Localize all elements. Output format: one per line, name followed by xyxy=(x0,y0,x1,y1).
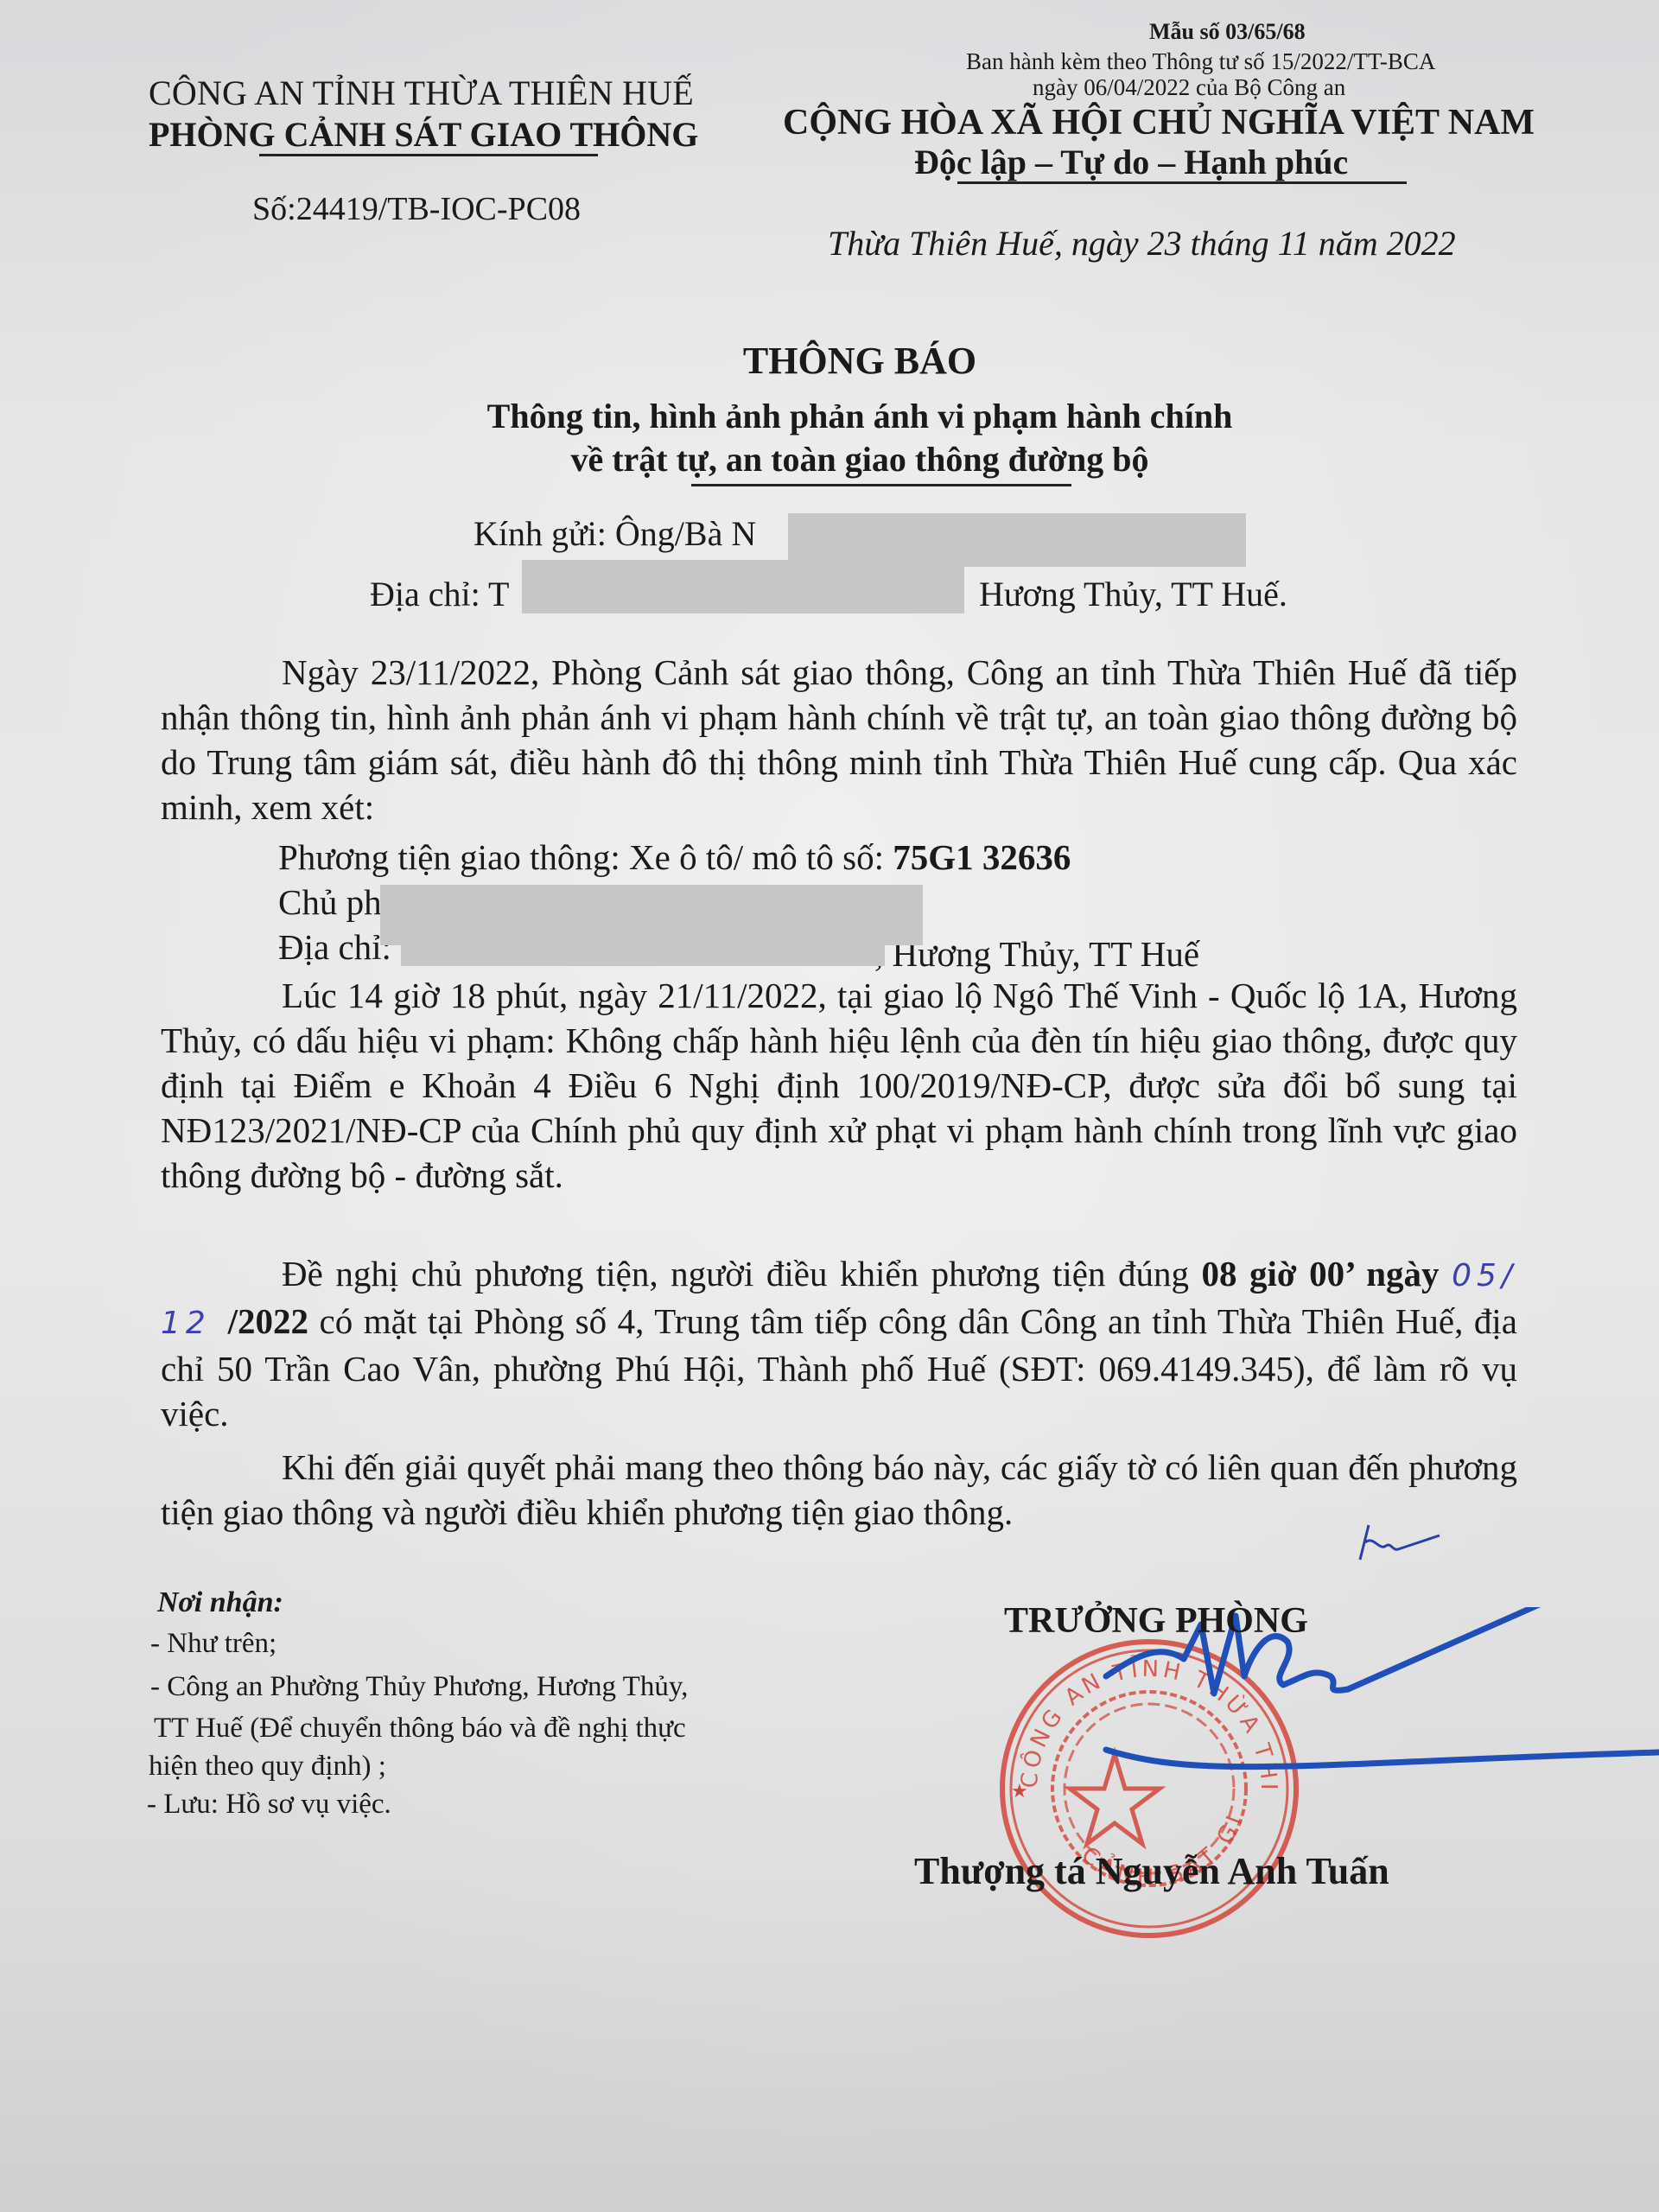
notice-subtitle-1: Thông tin, hình ảnh phản ánh vi phạm hàn… xyxy=(0,396,1659,436)
signature-icon xyxy=(1097,1607,1659,1849)
paragraph-received: Ngày 23/11/2022, Phòng Cảnh sát giao thô… xyxy=(161,650,1517,829)
owner-address-label: Địa chỉ: xyxy=(278,926,391,968)
owner-address-tail: , Hương Thủy, TT Huế xyxy=(874,933,1199,975)
handwritten-initial-icon xyxy=(1353,1516,1457,1568)
svg-text:★: ★ xyxy=(1011,1780,1028,1802)
subtitle-underline xyxy=(691,484,1071,486)
recipients-title: Nơi nhận: xyxy=(157,1586,283,1619)
national-motto: Độc lập – Tự do – Hạnh phúc xyxy=(914,142,1348,182)
signer-title: TRƯỞNG PHÒNG xyxy=(1004,1600,1308,1642)
notice-title: THÔNG BÁO xyxy=(0,339,1659,383)
vehicle-label: Phương tiện giao thông: Xe ô tô/ mô tô s… xyxy=(278,837,893,877)
recipient-item: TT Huế (Để chuyển thông báo và đề nghị t… xyxy=(154,1713,686,1745)
motto-underline xyxy=(957,181,1407,184)
addressee-address-tail: Hương Thủy, TT Huế. xyxy=(979,574,1287,614)
summons-start: Đề nghị chủ phương tiện, người điều khiể… xyxy=(282,1254,1202,1294)
redaction-box xyxy=(788,513,1246,567)
document-page: CÔNG AN TỈNH THỪA THIÊN HUẾ PHÒNG CẢNH S… xyxy=(0,0,1659,2212)
summons-rest: có mặt tại Phòng số 4, Trung tâm tiếp cô… xyxy=(161,1301,1517,1433)
document-number: Số:24419/TB-IOC-PC08 xyxy=(252,190,581,228)
redaction-box xyxy=(522,560,964,613)
signer-name: Thượng tá Nguyễn Anh Tuấn xyxy=(914,1849,1389,1893)
notice-subtitle-2: về trật tự, an toàn giao thông đường bộ xyxy=(0,439,1659,480)
agency-name: CÔNG AN TỈNH THỪA THIÊN HUẾ xyxy=(149,73,694,113)
recipient-item: - Lưu: Hồ sơ vụ việc. xyxy=(147,1789,391,1821)
issued-line-2: ngày 06/04/2022 của Bộ Công an xyxy=(1033,74,1345,101)
department-underline xyxy=(259,154,598,156)
form-number: Mẫu số 03/65/68 xyxy=(1149,19,1306,45)
paragraph-violation: Lúc 14 giờ 18 phút, ngày 21/11/2022, tại… xyxy=(161,973,1517,1198)
recipient-item: - Công an Phường Thủy Phương, Hương Thủy… xyxy=(150,1671,688,1703)
summons-time: 08 giờ 00’ ngày xyxy=(1202,1254,1440,1294)
vehicle-plate: 75G1 32636 xyxy=(893,837,1071,877)
paragraph-documents: Khi đến giải quyết phải mang theo thông … xyxy=(161,1445,1517,1535)
nation-title: CỘNG HÒA XÃ HỘI CHỦ NGHĨA VIỆT NAM xyxy=(783,102,1535,143)
recipient-item: hiện theo quy định) ; xyxy=(149,1751,386,1783)
place-and-date: Thừa Thiên Huế, ngày 23 tháng 11 năm 202… xyxy=(828,223,1456,264)
vehicle-line: Phương tiện giao thông: Xe ô tô/ mô tô s… xyxy=(278,836,1071,878)
department-name: PHÒNG CẢNH SÁT GIAO THÔNG xyxy=(149,114,698,155)
recipient-item: - Như trên; xyxy=(150,1628,276,1660)
paragraph-summons: Đề nghị chủ phương tiện, người điều khiể… xyxy=(161,1251,1517,1436)
redaction-box xyxy=(401,925,885,966)
addressee-address-label: Địa chỉ: T xyxy=(370,574,509,614)
addressee-to: Kính gửi: Ông/Bà N xyxy=(474,513,756,554)
issued-line-1: Ban hành kèm theo Thông tư số 15/2022/TT… xyxy=(966,48,1435,75)
summons-year: /2022 xyxy=(228,1301,308,1341)
